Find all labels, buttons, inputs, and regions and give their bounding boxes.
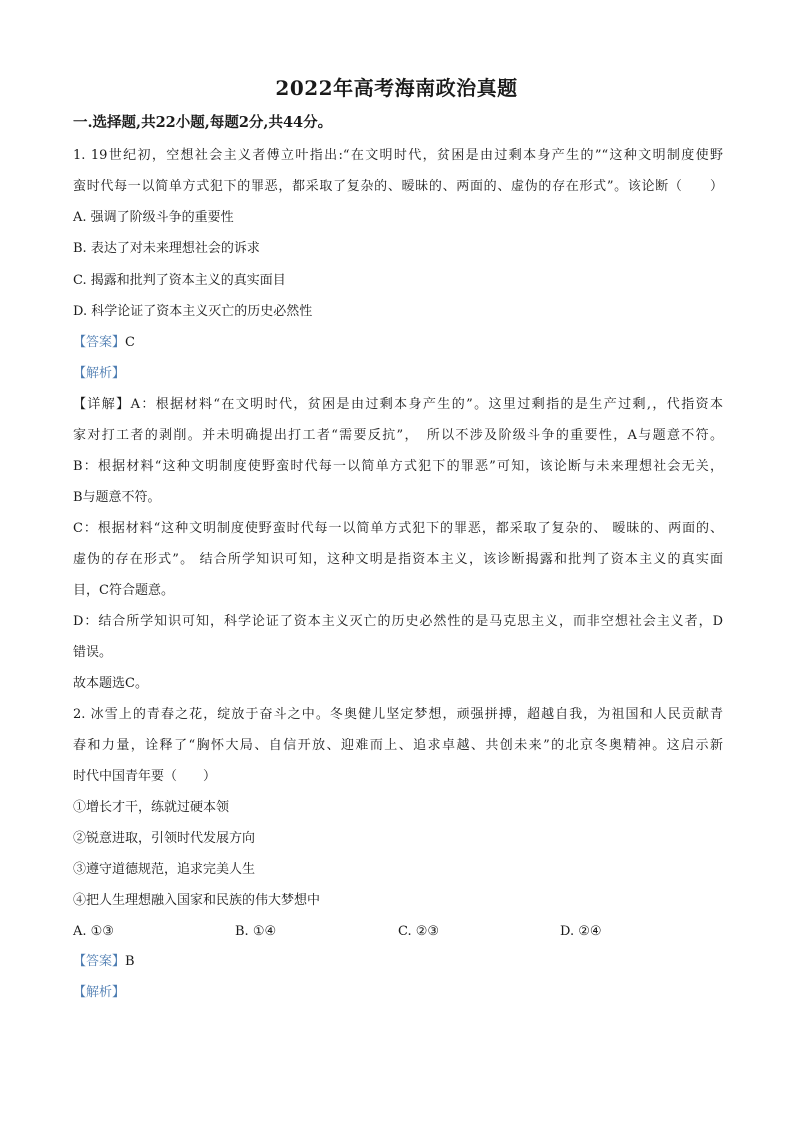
q1-answer: 【答案】C [73, 334, 135, 352]
q2-option-a: A. ①③ [73, 923, 114, 941]
q1-detail-line-3: B：根据材料“这种文明制度使野蛮时代每一以简单方式犯下的罪恶”可知，该论断与未来… [73, 458, 723, 476]
q2-answer: 【答案】B [73, 953, 135, 971]
q1-option-d: D. 科学论证了资本主义灭亡的历史必然性 [73, 303, 312, 321]
document-page: 2022年高考海南政治真题 一.选择题,共22小题,每题2分,共44分。 1. … [0, 0, 793, 1122]
detail-tag: 【详解】 [73, 397, 131, 412]
q1-option-c: C. 揭露和批判了资本主义的真实面目 [73, 272, 286, 290]
q1-detail-line-5: C：根据材料“这种文明制度使野蛮时代每一以简单方式犯下的罪恶，都采取了复杂的、 … [73, 520, 723, 538]
q1-option-a: A. 强调了阶级斗争的重要性 [73, 209, 234, 227]
q1-detail-line-6: 虚伪的存在形式”。 结合所学知识可知，这种文明是指资本主义，该诊断揭露和批判了资… [73, 551, 723, 569]
q1-answer-value: C [125, 335, 135, 350]
section-heading: 一.选择题,共22小题,每题2分,共44分。 [73, 111, 332, 132]
q1-detail-line-2: 家对打工者的剥削。并未明确提出打工者“需要反抗”， 所以不涉及阶级斗争的重要性，… [73, 427, 723, 445]
q1-detail-line-10: 故本题选C。 [73, 675, 148, 693]
q1-detail-line-9: 错误。 [73, 644, 112, 662]
analysis-tag: 【解析】 [73, 366, 125, 381]
q2-stem-line-2: 春和力量，诠释了“胸怀大局、自信开放、迎难而上、追求卓越、共创未来”的北京冬奥精… [73, 737, 723, 755]
q1-detail-line-7: 目，C符合题意。 [73, 582, 174, 600]
analysis-tag: 【解析】 [73, 985, 125, 1000]
q1-detail-text-1: A：根据材料“在文明时代，贫困是由过剩本身产生的”。这里过剩指的是生产过剩,，代… [131, 397, 723, 412]
q2-option-d: D. ②④ [560, 923, 602, 941]
q2-option-b: B. ①④ [235, 923, 276, 941]
q2-statement-2: ②锐意进取，引领时代发展方向 [73, 830, 255, 848]
q1-option-b: B. 表达了对未来理想社会的诉求 [73, 240, 260, 258]
document-title: 2022年高考海南政治真题 [0, 72, 793, 101]
q1-detail-line-4: B与题意不符。 [73, 489, 161, 507]
answer-tag: 【答案】 [73, 954, 125, 969]
q2-statement-3: ③遵守道德规范，追求完美人生 [73, 861, 255, 879]
q2-answer-value: B [125, 954, 135, 969]
q1-detail-line-8: D：结合所学知识可知，科学论证了资本主义灭亡的历史必然性的是马克思主义，而非空想… [73, 613, 723, 631]
q2-statement-1: ①增长才干，练就过硬本领 [73, 799, 229, 817]
q1-stem-line-2: 蛮时代每一以简单方式犯下的罪恶，都采取了复杂的、暧昧的、两面的、虚伪的存在形式”… [73, 178, 723, 196]
q1-detail-line-1: 【详解】A：根据材料“在文明时代，贫困是由过剩本身产生的”。这里过剩指的是生产过… [73, 396, 723, 414]
q1-analysis-tag: 【解析】 [73, 365, 125, 383]
q1-stem-line-1: 1. 19世纪初，空想社会主义者傅立叶指出:“在文明时代，贫困是由过剩本身产生的… [73, 147, 723, 165]
q2-option-c: C. ②③ [398, 923, 439, 941]
q2-analysis-tag: 【解析】 [73, 984, 125, 1002]
q2-statement-4: ④把人生理想融入国家和民族的伟大梦想中 [73, 892, 320, 910]
q2-stem-line-1: 2. 冰雪上的青春之花，绽放于奋斗之中。冬奥健儿坚定梦想，顽强拼搏，超越自我，为… [73, 706, 723, 724]
q2-stem-line-3: 时代中国青年要（ ） [73, 768, 216, 786]
answer-tag: 【答案】 [73, 335, 125, 350]
